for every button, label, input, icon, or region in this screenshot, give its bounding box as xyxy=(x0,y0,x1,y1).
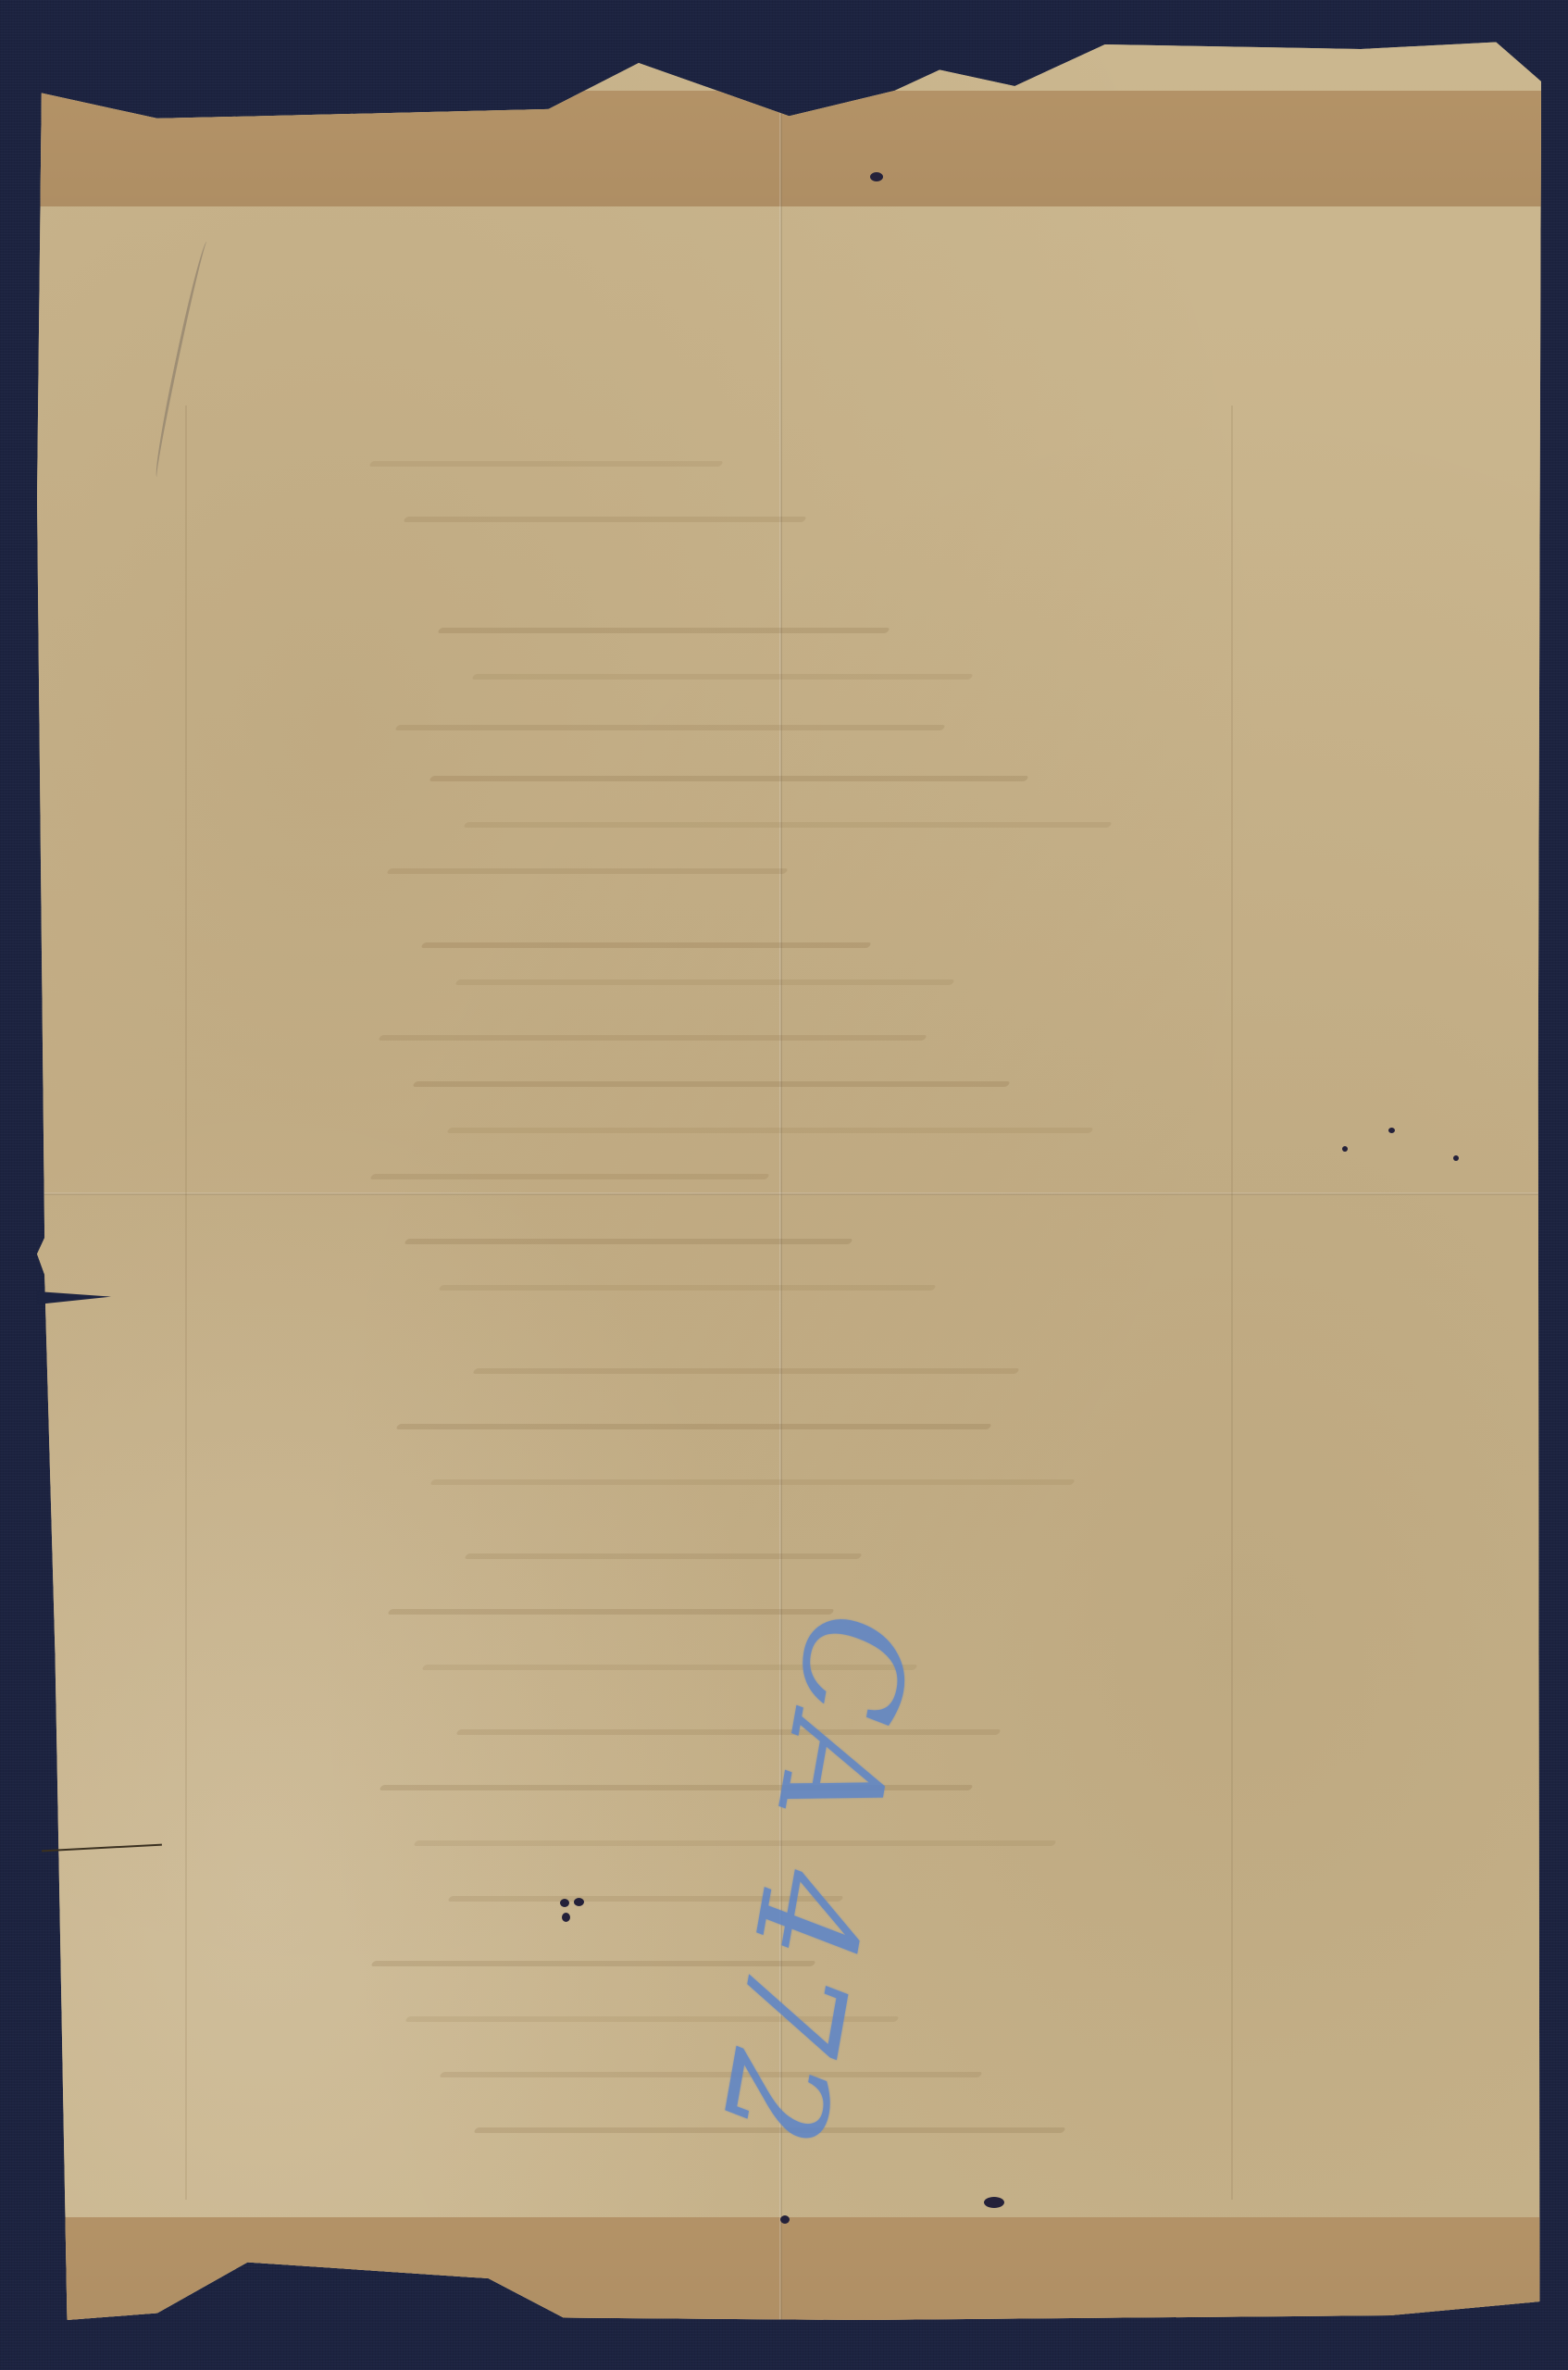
bleed-stroke xyxy=(463,822,1112,828)
bleed-stroke xyxy=(395,1424,991,1429)
ruled-margin-line xyxy=(185,405,187,2200)
ink-spot xyxy=(780,2215,790,2224)
pencil-mark xyxy=(151,240,213,478)
bleed-stroke xyxy=(386,868,788,874)
bleed-stroke xyxy=(429,1479,1075,1485)
bleed-stroke xyxy=(446,1128,1093,1133)
bleed-stroke xyxy=(454,979,954,985)
bleed-stroke xyxy=(438,1285,936,1291)
ink-spot xyxy=(1342,1146,1348,1152)
horizontal-fold-line xyxy=(37,1192,1541,1195)
bleed-stroke xyxy=(412,1081,1010,1087)
ink-spot xyxy=(870,172,883,181)
bleed-stroke xyxy=(464,1553,862,1559)
bleed-stroke xyxy=(368,461,723,467)
bleed-stroke xyxy=(404,1239,852,1244)
bleed-stroke xyxy=(378,1035,927,1041)
ink-spot xyxy=(1453,1155,1459,1161)
bleed-stroke xyxy=(394,725,945,730)
ink-spot xyxy=(1388,1128,1395,1133)
top-tape-strip xyxy=(37,91,1541,206)
bleed-stroke xyxy=(429,776,1028,781)
bleed-stroke xyxy=(369,1174,769,1179)
bleed-stroke xyxy=(387,1609,834,1615)
bottom-tape-strip xyxy=(37,2217,1541,2356)
bleed-stroke xyxy=(420,942,871,948)
ink-spot xyxy=(984,2197,1004,2208)
ink-spot xyxy=(574,1898,584,1906)
bleed-stroke xyxy=(471,674,973,680)
ink-spot xyxy=(562,1913,570,1922)
bleed-stroke xyxy=(413,1840,1056,1846)
ruled-margin-line xyxy=(1231,405,1233,2200)
bleed-stroke xyxy=(437,628,890,633)
ink-spot xyxy=(560,1899,569,1907)
bleed-stroke xyxy=(472,1368,1019,1374)
bleed-stroke xyxy=(403,517,806,522)
